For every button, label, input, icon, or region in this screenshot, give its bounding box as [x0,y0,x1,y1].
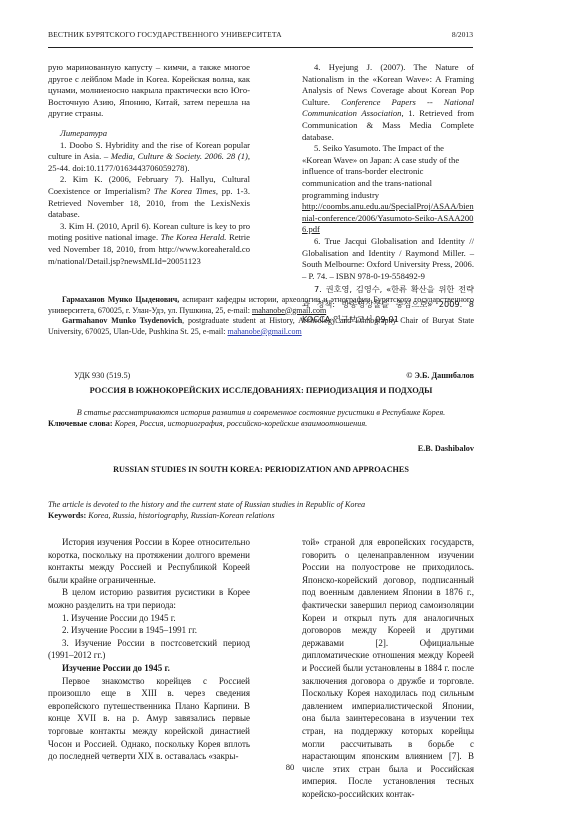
body-paragraph: В целом историю развития русистики в Кор… [48,586,250,611]
article-copyright: © Э.Б. Дашибалов [406,371,474,380]
article-body-left: История изучения России в Корее относите… [48,536,250,763]
references-heading: Литература [48,128,250,140]
article-title-ru: РОССИЯ В ЮЖНОКОРЕЙСКИХ ИССЛЕДОВАНИЯХ: ПЕ… [48,386,474,395]
reference-item: 6. True Jacqui Globalisation and Identit… [302,236,474,282]
period-item: 1. Изучение России до 1945 г. [48,612,250,625]
header-divider [48,47,473,48]
prev-article-right-column: 4. Hyejung J. (2007). The Nature of Nati… [302,62,474,327]
page-number: 80 [0,762,580,772]
article-title-en: RUSSIAN STUDIES IN SOUTH KOREA: PERIODIZ… [48,465,474,474]
author-email-link[interactable]: mahanobe@gmail.com [252,306,326,315]
reference-item: 5. Seiko Yasumoto. The Impact of the «Ko… [302,143,474,236]
keywords-ru: Ключевые слова: Корея, Россия, историогр… [48,419,474,428]
reference-item: 1. Doobo S. Hybridity and the rise of Ko… [48,140,250,175]
abstract-ru: В статье рассматриваются история развити… [48,408,474,417]
issue-number: 8/2013 [452,30,473,39]
article-author-en: E.B. Dashibalov [418,444,474,453]
body-paragraph: той» страной для европейских государств,… [302,536,474,800]
keywords-en: Keywords: Korea, Russia, historiography,… [48,511,474,520]
period-item: 3. Изучение России в постсоветский перио… [48,637,250,662]
author-info-ru: Гармаханов Мунко Цыденович, аспирант каф… [48,295,474,316]
article-body-right: той» страной для европейских государств,… [302,536,474,800]
udk-code: УДК 930 (519.5) [74,371,130,380]
author-email-link[interactable]: mahanobe@gmail.com [227,327,301,336]
prev-article-left-column: рую маринованную капусту – кимчи, а такж… [48,62,250,267]
reference-item: 2. Kim K. (2006, February 7). Hallyu, Cu… [48,174,250,220]
prev-article-conclusion: рую маринованную капусту – кимчи, а такж… [48,62,250,120]
abstract-en: The article is devoted to the history an… [48,500,474,509]
reference-link[interactable]: http://coombs.anu.edu.au/SpecialProj/ASA… [302,201,474,234]
period-item: 2. Изучение России в 1945–1991 гг. [48,624,250,637]
body-paragraph: История изучения России в Корее относите… [48,536,250,586]
journal-title: ВЕСТНИК БУРЯТСКОГО ГОСУДАРСТВЕННОГО УНИВ… [48,30,282,39]
author-info-en: Garmahanov Munko Tsydenovich, postgradua… [48,316,474,337]
section-heading: Изучение России до 1945 г. [48,662,250,675]
reference-item: 3. Kim H. (2010, April 6). Korean cultur… [48,221,250,267]
author-info-block: Гармаханов Мунко Цыденович, аспирант каф… [48,295,474,337]
body-paragraph: Первое знакомство корейцев с Россией про… [48,675,250,763]
reference-item: 4. Hyejung J. (2007). The Nature of Nati… [302,62,474,143]
